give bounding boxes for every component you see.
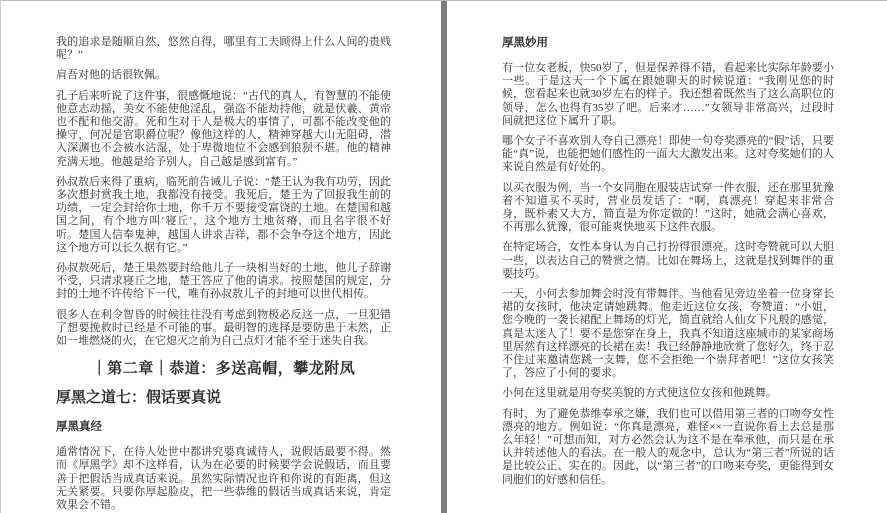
paragraph: 有时，为了避免恭维奉承之嫌，我们也可以借用第三者的口吻夸女性漂亮的地方。例如说：…	[502, 408, 834, 487]
paragraph: 我的追求是随顺自然，悠然自得，哪里有工夫顾得上什么人间的贵贱呢？”	[56, 36, 391, 62]
section-heading: 厚黑之道七：假话要真说	[56, 389, 391, 407]
paragraph: 很多人在利令智昏的时候往往没有考虑到物极必反这一点，一旦犯错了想要挽救时已经是不…	[56, 309, 391, 349]
paragraph: 一天，小何去参加舞会时没有带舞伴。当他看见旁边坐着一位身穿长裙的女孩时，他决定请…	[502, 288, 834, 380]
chapter-heading: ｜第二章｜恭道：多送高帽，攀龙附凤	[56, 360, 391, 378]
subheading-houhei-zhenjing: 厚黑真经	[56, 420, 391, 434]
book-spread: 我的追求是随顺自然，悠然自得，哪里有工夫顾得上什么人间的贵贱呢？” 肩吾对他的话…	[0, 0, 887, 513]
paragraph: 在特定场合，女性本身认为自己打扮得很漂亮。这时夸赞就可以大胆一些，以表达自己的赞…	[502, 241, 834, 281]
paragraph: 小何在这里就是用夸奖美貌的方式使这位女孩和他跳舞。	[502, 387, 834, 400]
subheading-houhei-miaoyong: 厚黑妙用	[502, 36, 834, 50]
book-page-right: 厚黑妙用 有一位女老板，快50岁了，但是保养得不错，看起来比实际年龄要小一些。于…	[447, 1, 887, 513]
paragraph: 有一位女老板，快50岁了，但是保养得不错，看起来比实际年龄要小一些。于是这天一个…	[502, 62, 834, 128]
book-page-left: 我的追求是随顺自然，悠然自得，哪里有工夫顾得上什么人间的贵贱呢？” 肩吾对他的话…	[1, 1, 441, 513]
paragraph: 孔子后来听说了这件事，很感慨地说：“古代的真人，有智慧的不能使他意志动摇，美女不…	[56, 90, 391, 169]
paragraph: 哪个女子不喜欢别人夸自己漂亮！即使一句夸奖漂亮的“假”话，只要能“真”说，也能把…	[502, 135, 834, 175]
paragraph: 孙叔敖后来得了重病，临死前告诫儿子说：“楚王认为我有功劳，因此多次想封赏我土地，…	[56, 176, 391, 255]
paragraph: 以买衣服为例，当一个女同胞在服装店试穿一件衣服，还在那里犹豫着不知道买不买时，营…	[502, 182, 834, 235]
paragraph: 肩吾对他的话很钦佩。	[56, 69, 391, 82]
paragraph: 通常情况下，在待人处世中都讲究要真诚待人，说假话最要不得。然而《厚黑学》却不这样…	[56, 446, 391, 512]
paragraph: 孙叔敖死后，楚王果然要封给他儿子一块相当好的土地，他儿子辞谢不受，只请求寝丘之地…	[56, 262, 391, 302]
